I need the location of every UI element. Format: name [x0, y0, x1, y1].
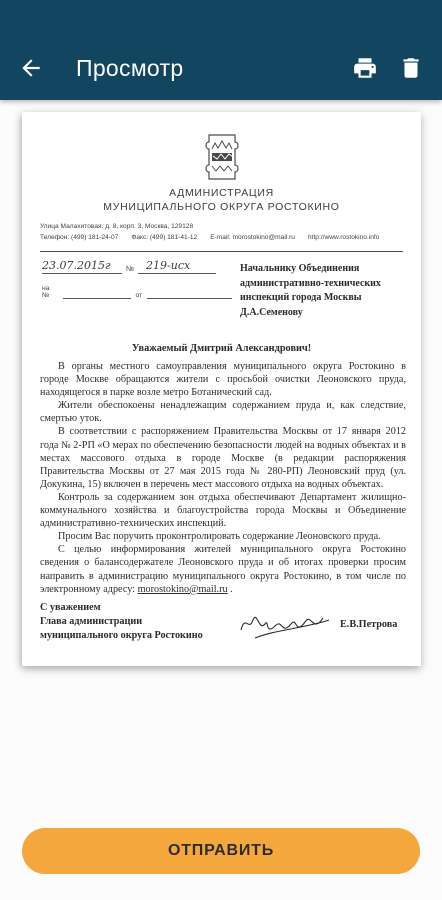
paragraph: Жители обеспокоены ненадлежащим содержан…: [40, 399, 406, 425]
closing-line: С уважением: [40, 601, 203, 615]
email-link[interactable]: morostokino@mail.ru: [138, 584, 228, 595]
letterhead-fax: Факс: (499) 181-41-12: [131, 233, 197, 242]
signer-title-line: Глава администрации: [40, 615, 203, 629]
recipient-line: Д.А.Семенову: [240, 306, 416, 321]
letterhead-org-line1: АДМИНИСТРАЦИЯ: [22, 186, 421, 200]
paragraph: В органы местного самоуправления муницип…: [40, 360, 406, 399]
back-button[interactable]: [12, 49, 50, 87]
letter-body: В органы местного самоуправления муницип…: [40, 360, 406, 596]
print-button[interactable]: [346, 49, 384, 87]
reply-number-blank: [63, 291, 130, 299]
letterhead-org-line2: МУНИЦИПАЛЬНОГО ОКРУГА РОСТОКИНО: [22, 200, 421, 214]
back-arrow-icon: [18, 55, 44, 81]
handwritten-number: 219-исх: [138, 259, 216, 274]
recipient-line: инспекций города Москвы: [240, 291, 416, 306]
letterhead-address-block: Улица Малахитовая, д. 8, корп. 3, Москва…: [40, 222, 406, 242]
letterhead-site: http://www.rostokino.info: [308, 233, 379, 242]
delete-button[interactable]: [392, 49, 430, 87]
paragraph: Просим Вас поручить проконтролировать со…: [40, 530, 406, 543]
signer-name: Е.В.Петрова: [340, 619, 397, 630]
print-icon: [352, 55, 378, 81]
email-paragraph-post: .: [228, 584, 233, 595]
app-bar: Просмотр: [0, 0, 442, 100]
signer-title-line: муниципального округа Ростокино: [40, 629, 203, 643]
reference-row-outgoing: 23.07.2015г № 219-исх: [42, 259, 232, 274]
recipient-line: Начальнику Объединения: [240, 262, 416, 277]
coat-of-arms-icon: [199, 132, 245, 187]
appbar-actions: [346, 49, 430, 87]
send-button[interactable]: ОТПРАВИТЬ: [22, 828, 420, 874]
number-sign-label: №: [126, 264, 134, 273]
handwritten-date: 23.07.2015г: [42, 259, 122, 274]
letterhead-phone: Телефон: (499) 181-24-07: [40, 233, 118, 242]
page-title: Просмотр: [76, 55, 183, 82]
recipient-line: административно-технических: [240, 277, 416, 292]
letterhead-divider: [40, 251, 403, 252]
preview-area: АДМИНИСТРАЦИЯ МУНИЦИПАЛЬНОГО ОКРУГА РОСТ…: [0, 100, 442, 900]
letterhead-address: Улица Малахитовая, д. 8, корп. 3, Москва…: [40, 222, 406, 231]
signature-block: С уважением Глава администрации муниципа…: [40, 601, 203, 644]
paragraph: В соответствии с распоряжением Правитель…: [40, 425, 406, 490]
reply-date-blank: [147, 291, 232, 299]
recipient-block: Начальнику Объединения административно-т…: [240, 262, 416, 320]
salutation: Уважаемый Дмитрий Александрович!: [22, 343, 421, 354]
handwritten-signature: [235, 602, 335, 649]
document-page[interactable]: АДМИНИСТРАЦИЯ МУНИЦИПАЛЬНОГО ОКРУГА РОСТ…: [22, 112, 421, 666]
reply-ot-label: от: [136, 292, 143, 299]
letterhead-email: E-mail: morostokino@mail.ru: [210, 233, 295, 242]
trash-icon: [398, 55, 424, 81]
letterhead-contacts: Телефон: (499) 181-24-07 Факс: (499) 181…: [40, 233, 406, 242]
reply-na-label: на №: [42, 285, 58, 299]
screen: Просмотр: [0, 0, 442, 900]
reference-block: 23.07.2015г № 219-исх на № от: [42, 259, 232, 299]
letterhead-org: АДМИНИСТРАЦИЯ МУНИЦИПАЛЬНОГО ОКРУГА РОСТ…: [22, 186, 421, 214]
paragraph-with-email: С целью информирования жителей муниципал…: [40, 543, 406, 595]
paragraph: Контроль за содержанием зон отдыха обесп…: [40, 491, 406, 530]
reference-row-reply: на № от: [42, 285, 232, 299]
